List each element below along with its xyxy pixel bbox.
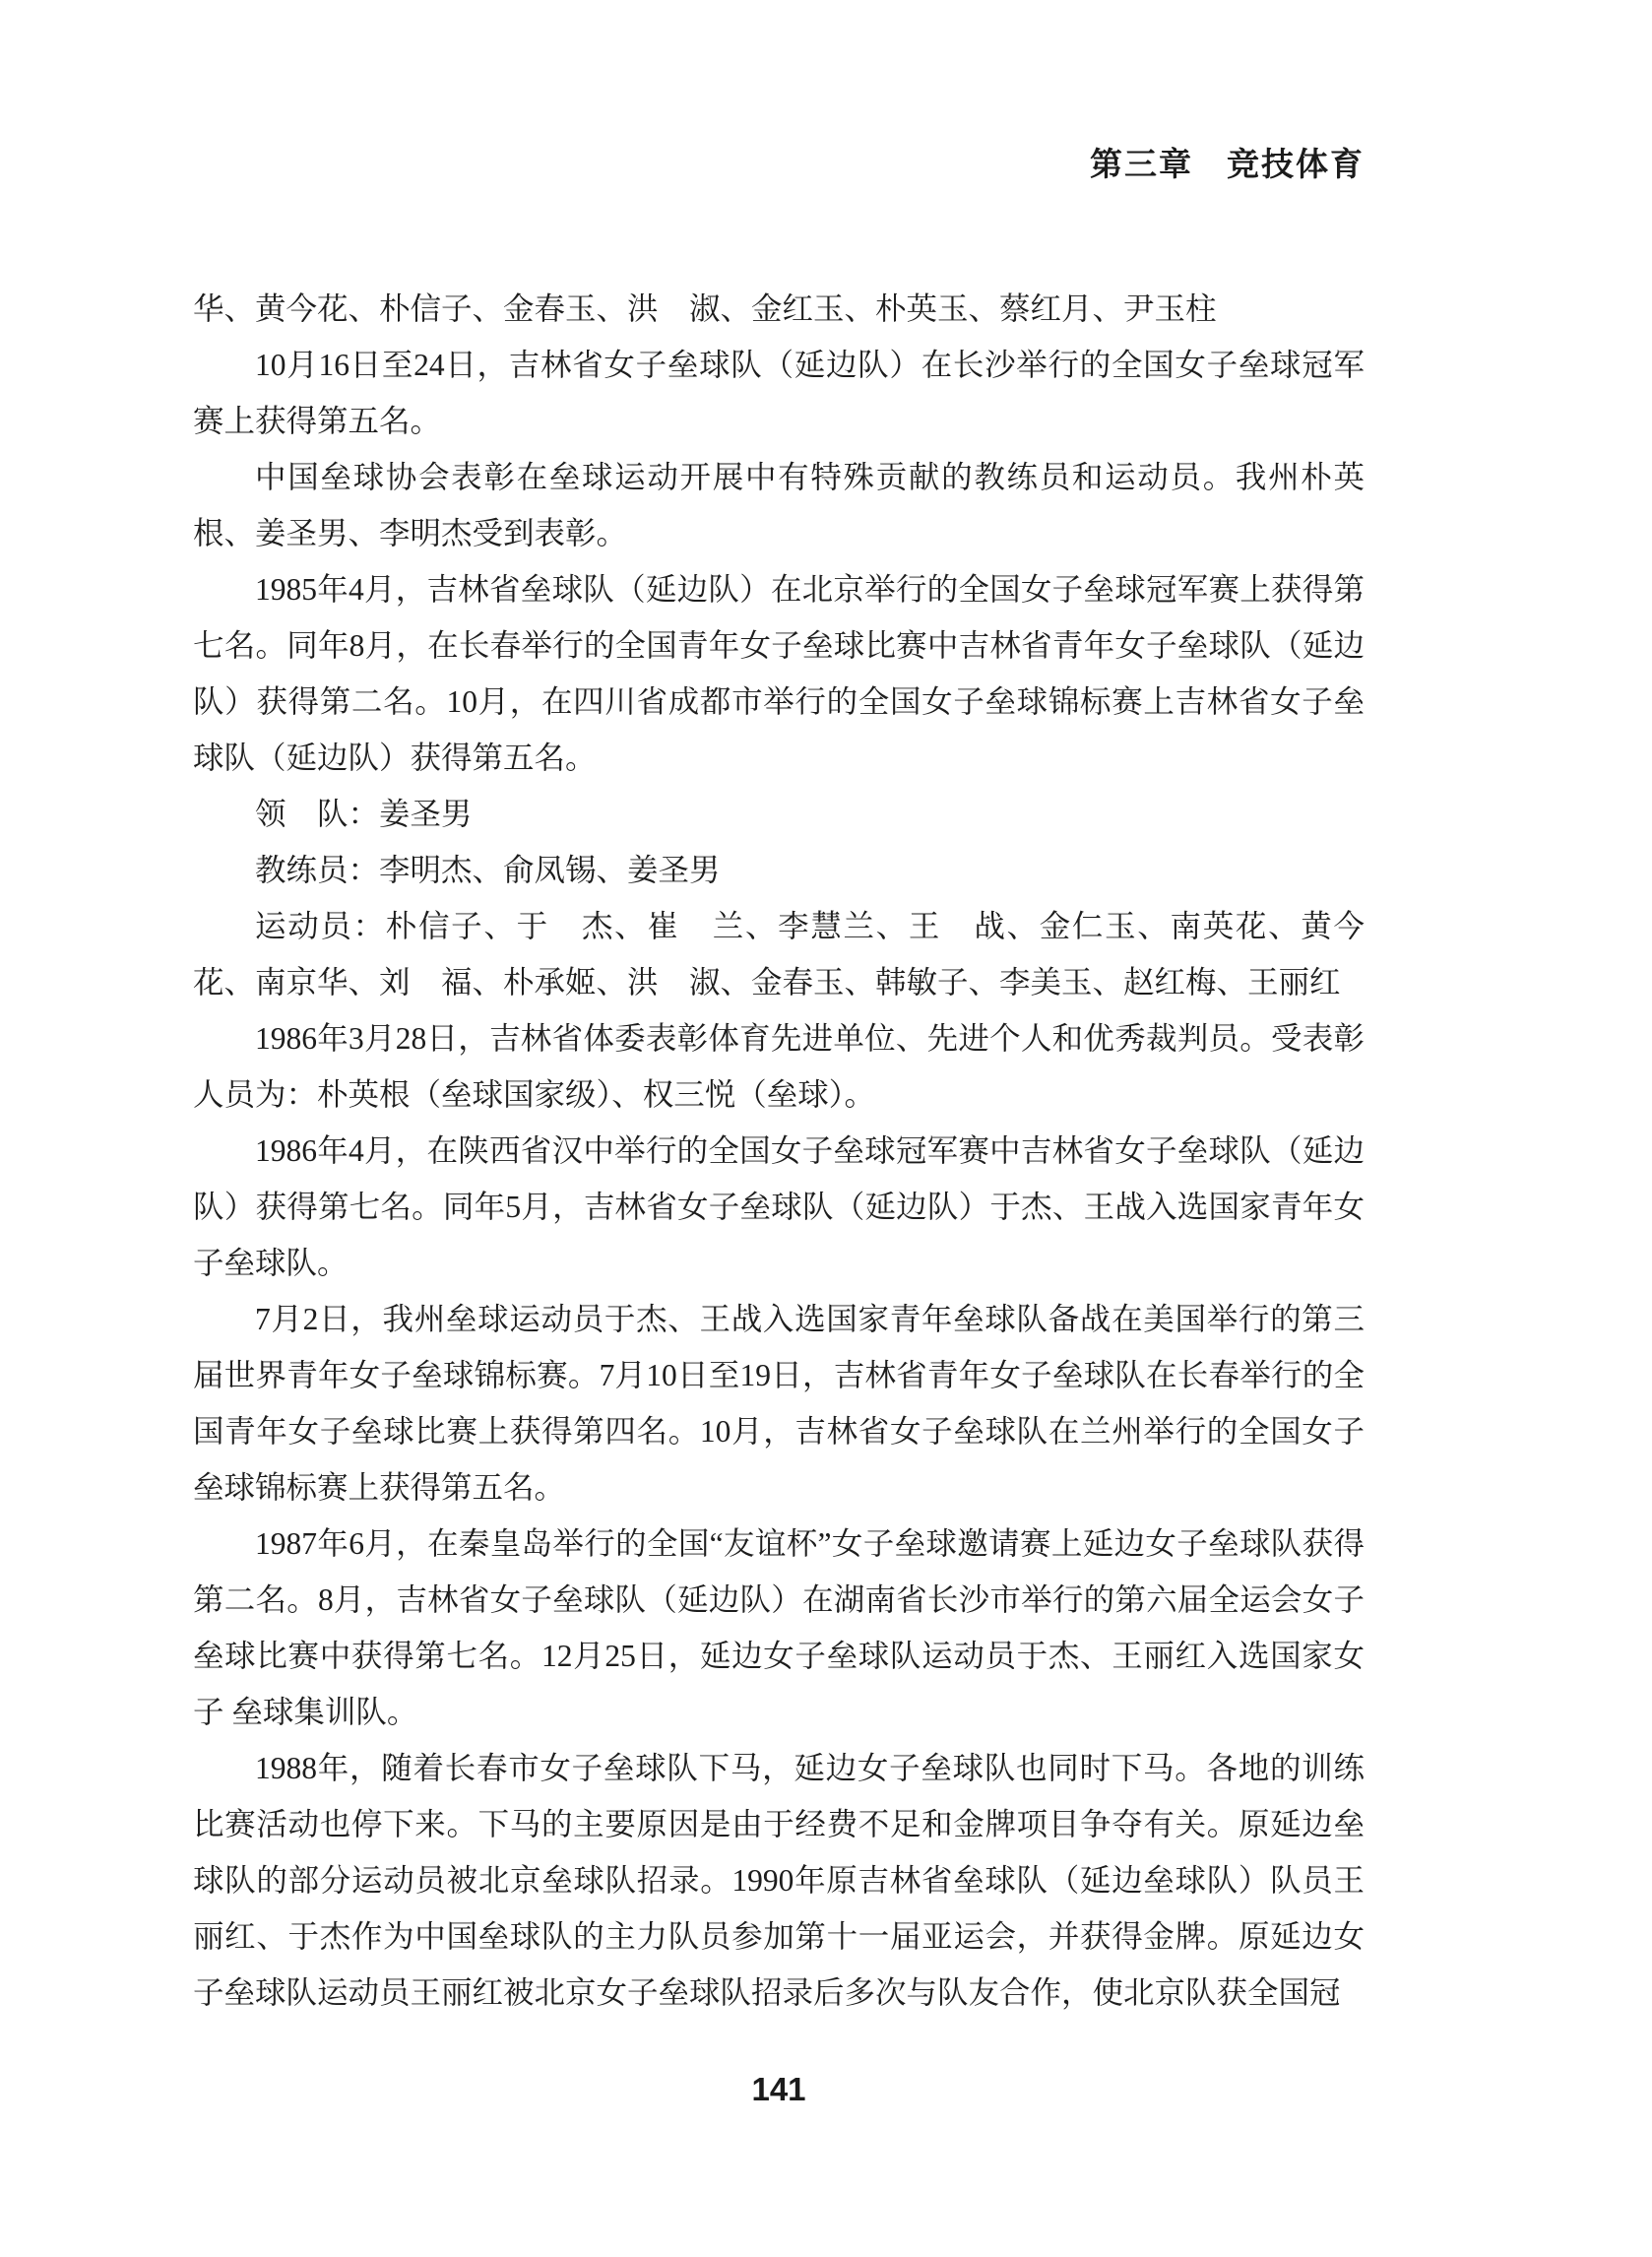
paragraph: 7月2日，我州垒球运动员于杰、王战入选国家青年垒球队备战在美国举行的第三届世界青… bbox=[193, 1291, 1365, 1515]
paragraph: 1986年4月，在陕西省汉中举行的全国女子垒球冠军赛中吉林省女子垒球队（延边队）… bbox=[193, 1123, 1365, 1291]
paragraph-athletes: 运动员：朴信子、于 杰、崔 兰、李慧兰、王 战、金仁玉、南英花、黄今花、南京华、… bbox=[193, 898, 1365, 1010]
paragraph: 中国垒球协会表彰在垒球运动开展中有特殊贡献的教练员和运动员。我州朴英根、姜圣男、… bbox=[193, 449, 1365, 561]
paragraph: 1985年4月，吉林省垒球队（延边队）在北京举行的全国女子垒球冠军赛上获得第七名… bbox=[193, 561, 1365, 786]
section-title: 竞技体育 bbox=[1227, 146, 1365, 182]
paragraph: 1987年6月，在秦皇岛举行的全国“友谊杯”女子垒球邀请赛上延边女子垒球队获得第… bbox=[193, 1515, 1365, 1740]
paragraph: 1988年，随着长春市女子垒球队下马，延边女子垒球队也同时下马。各地的训练比赛活… bbox=[193, 1740, 1365, 2021]
paragraph-continuation: 华、黄今花、朴信子、金春玉、洪 淑、金红玉、朴英玉、蔡红月、尹玉柱 bbox=[193, 281, 1365, 337]
page-header: 第三章竞技体育 bbox=[193, 146, 1365, 183]
body-text: 华、黄今花、朴信子、金春玉、洪 淑、金红玉、朴英玉、蔡红月、尹玉柱 10月16日… bbox=[193, 281, 1365, 2021]
paragraph: 10月16日至24日，吉林省女子垒球队（延边队）在长沙举行的全国女子垒球冠军赛上… bbox=[193, 337, 1365, 449]
paragraph-coaches: 教练员：李明杰、俞凤锡、姜圣男 bbox=[193, 842, 1365, 898]
document-page: 第三章竞技体育 华、黄今花、朴信子、金春玉、洪 淑、金红玉、朴英玉、蔡红月、尹玉… bbox=[0, 0, 1652, 2257]
chapter-label: 第三章 bbox=[1090, 146, 1193, 182]
page-number: 141 bbox=[193, 2070, 1365, 2109]
paragraph: 1986年3月28日，吉林省体委表彰体育先进单位、先进个人和优秀裁判员。受表彰人… bbox=[193, 1010, 1365, 1123]
paragraph-team-leader: 领 队：姜圣男 bbox=[193, 786, 1365, 842]
